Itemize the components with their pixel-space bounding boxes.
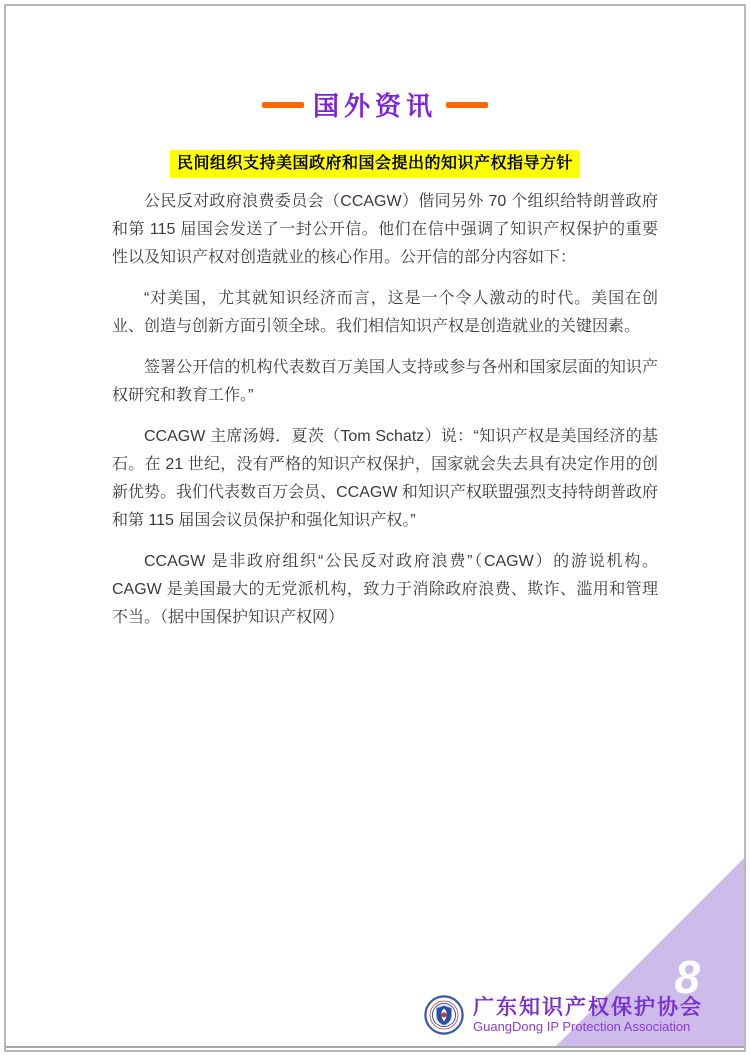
article-paragraph: CCAGW 是非政府组织“公民反对政府浪费”（CAGW）的游说机构。CAGW 是… <box>112 548 658 632</box>
left-dash-accent <box>262 102 304 108</box>
right-dash-accent <box>446 102 488 108</box>
article-title-row: 民间组织支持美国政府和国会提出的知识产权指导方针 <box>0 150 750 178</box>
org-name-en: GuangDong IP Protection Association <box>473 1019 703 1034</box>
org-name-zh: 广东知识产权保护协会 <box>473 996 703 1019</box>
association-emblem-icon <box>424 995 464 1035</box>
section-header: 国外资讯 <box>0 86 750 123</box>
article-paragraph: 签署公开信的机构代表数百万美国人支持或参与各州和国家层面的知识产权研究和教育工作… <box>112 354 658 410</box>
article-paragraph: 公民反对政府浪费委员会（CCAGW）偕同另外 70 个组织给特朗普政府和第 11… <box>112 188 658 272</box>
footer-brand-text: 广东知识产权保护协会 GuangDong IP Protection Assoc… <box>473 996 703 1034</box>
article-paragraph: CCAGW 主席汤姆．夏茨（Tom Schatz）说：“知识产权是美国经济的基石… <box>112 423 658 535</box>
footer-rule-line <box>6 1046 744 1048</box>
article-paragraph: “对美国，尤其就知识经济而言，这是一个令人激动的时代。美国在创业、创造与创新方面… <box>112 285 658 341</box>
footer-brand: 广东知识产权保护协会 GuangDong IP Protection Assoc… <box>424 995 703 1035</box>
newsletter-page: 国外资讯 民间组织支持美国政府和国会提出的知识产权指导方针 公民反对政府浪费委员… <box>0 0 750 1056</box>
section-title: 国外资讯 <box>313 86 437 123</box>
article-body: 公民反对政府浪费委员会（CCAGW）偕同另外 70 个组织给特朗普政府和第 11… <box>112 188 658 645</box>
article-title: 民间组织支持美国政府和国会提出的知识产权指导方针 <box>170 150 580 178</box>
